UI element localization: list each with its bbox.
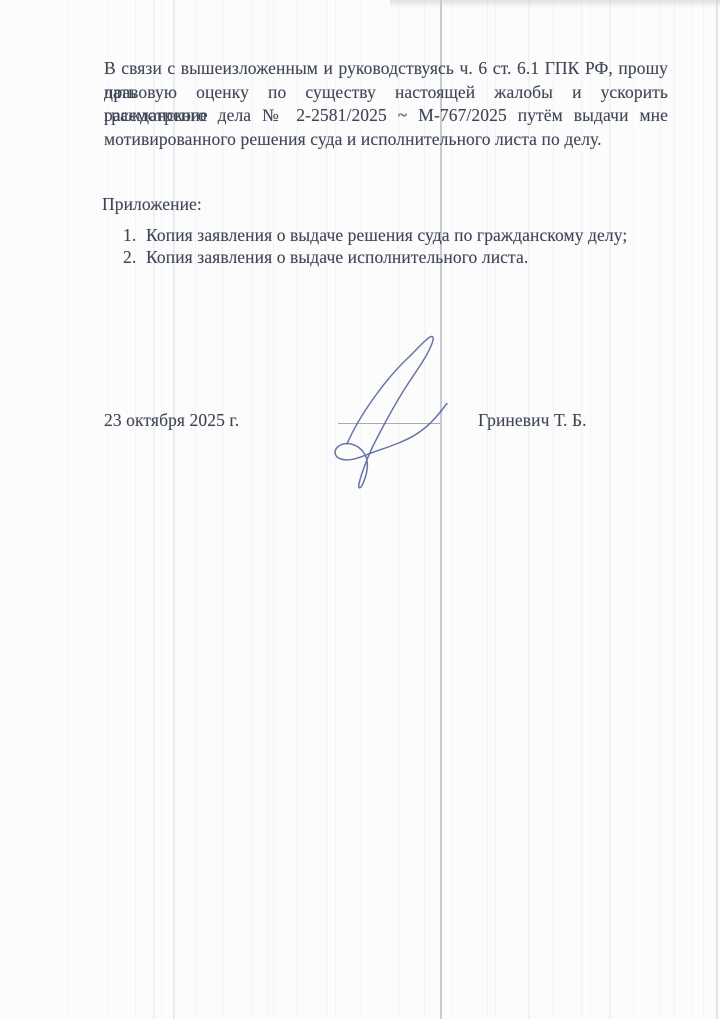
handwritten-signature	[326, 332, 458, 494]
scanner-streak	[692, 0, 693, 1019]
paragraph-line: В связи с вышеизложенным и руководствуяс…	[104, 57, 668, 81]
body-paragraph: В связи с вышеизложенным и руководствуяс…	[104, 57, 668, 151]
scanned-document-page: В связи с вышеизложенным и руководствуяс…	[0, 0, 720, 1019]
scanner-streak	[553, 0, 554, 1019]
scanner-streak	[609, 0, 611, 1019]
attachment-item: 2. Копия заявления о выдаче исполнительн…	[123, 246, 627, 268]
paragraph-line: гражданского дела № 2-2581/2025 ~ М-767/…	[104, 104, 668, 128]
scanner-streak	[153, 0, 155, 1019]
scanner-streak	[267, 0, 268, 1019]
scanner-streak	[326, 0, 327, 1019]
scanner-streak	[424, 0, 425, 1019]
scanner-streak	[398, 0, 399, 1019]
item-number: 1.	[123, 224, 146, 246]
attachments-list: 1. Копия заявления о выдаче решения суда…	[123, 224, 627, 269]
scanner-streak	[273, 0, 274, 1019]
scanner-streak	[660, 0, 661, 1019]
scanner-streak	[440, 0, 442, 1019]
scanner-streak	[173, 0, 175, 1019]
scanner-streaks	[0, 0, 720, 1019]
scanner-streak	[716, 0, 718, 1019]
scanner-streak	[674, 0, 675, 1019]
scanner-streak	[452, 0, 453, 1019]
item-text: Копия заявления о выдаче решения суда по…	[146, 224, 627, 246]
scanner-streak	[67, 0, 68, 1019]
scanner-streak	[487, 0, 488, 1019]
scanner-streak	[252, 0, 253, 1019]
attachment-item: 1. Копия заявления о выдаче решения суда…	[123, 224, 627, 246]
scanner-streak	[703, 0, 704, 1019]
scanner-streak	[335, 0, 336, 1019]
scanner-streak	[161, 0, 162, 1019]
scanner-streak	[633, 0, 634, 1019]
signature-date: 23 октября 2025 г.	[104, 409, 239, 431]
scanner-streak	[135, 0, 136, 1019]
scanner-streak	[581, 0, 582, 1019]
item-number: 2.	[123, 246, 146, 268]
paragraph-line: правовую оценку по существу настоящей жа…	[104, 81, 668, 105]
attachments-heading: Приложение:	[102, 193, 202, 216]
scanner-streak	[360, 0, 361, 1019]
scanner-streak	[528, 0, 530, 1019]
signatory-name: Гриневич Т. Б.	[478, 409, 587, 431]
scanner-streak	[495, 0, 496, 1019]
scan-edge-shadow	[390, 0, 720, 8]
scanner-streak	[590, 0, 591, 1019]
scanner-streak	[297, 0, 298, 1019]
scanner-streak	[222, 0, 223, 1019]
item-text: Копия заявления о выдаче исполнительного…	[146, 246, 528, 268]
scanner-streak	[108, 0, 109, 1019]
paragraph-line: мотивированного решения суда и исполните…	[104, 128, 668, 152]
scanner-streak	[195, 0, 196, 1019]
